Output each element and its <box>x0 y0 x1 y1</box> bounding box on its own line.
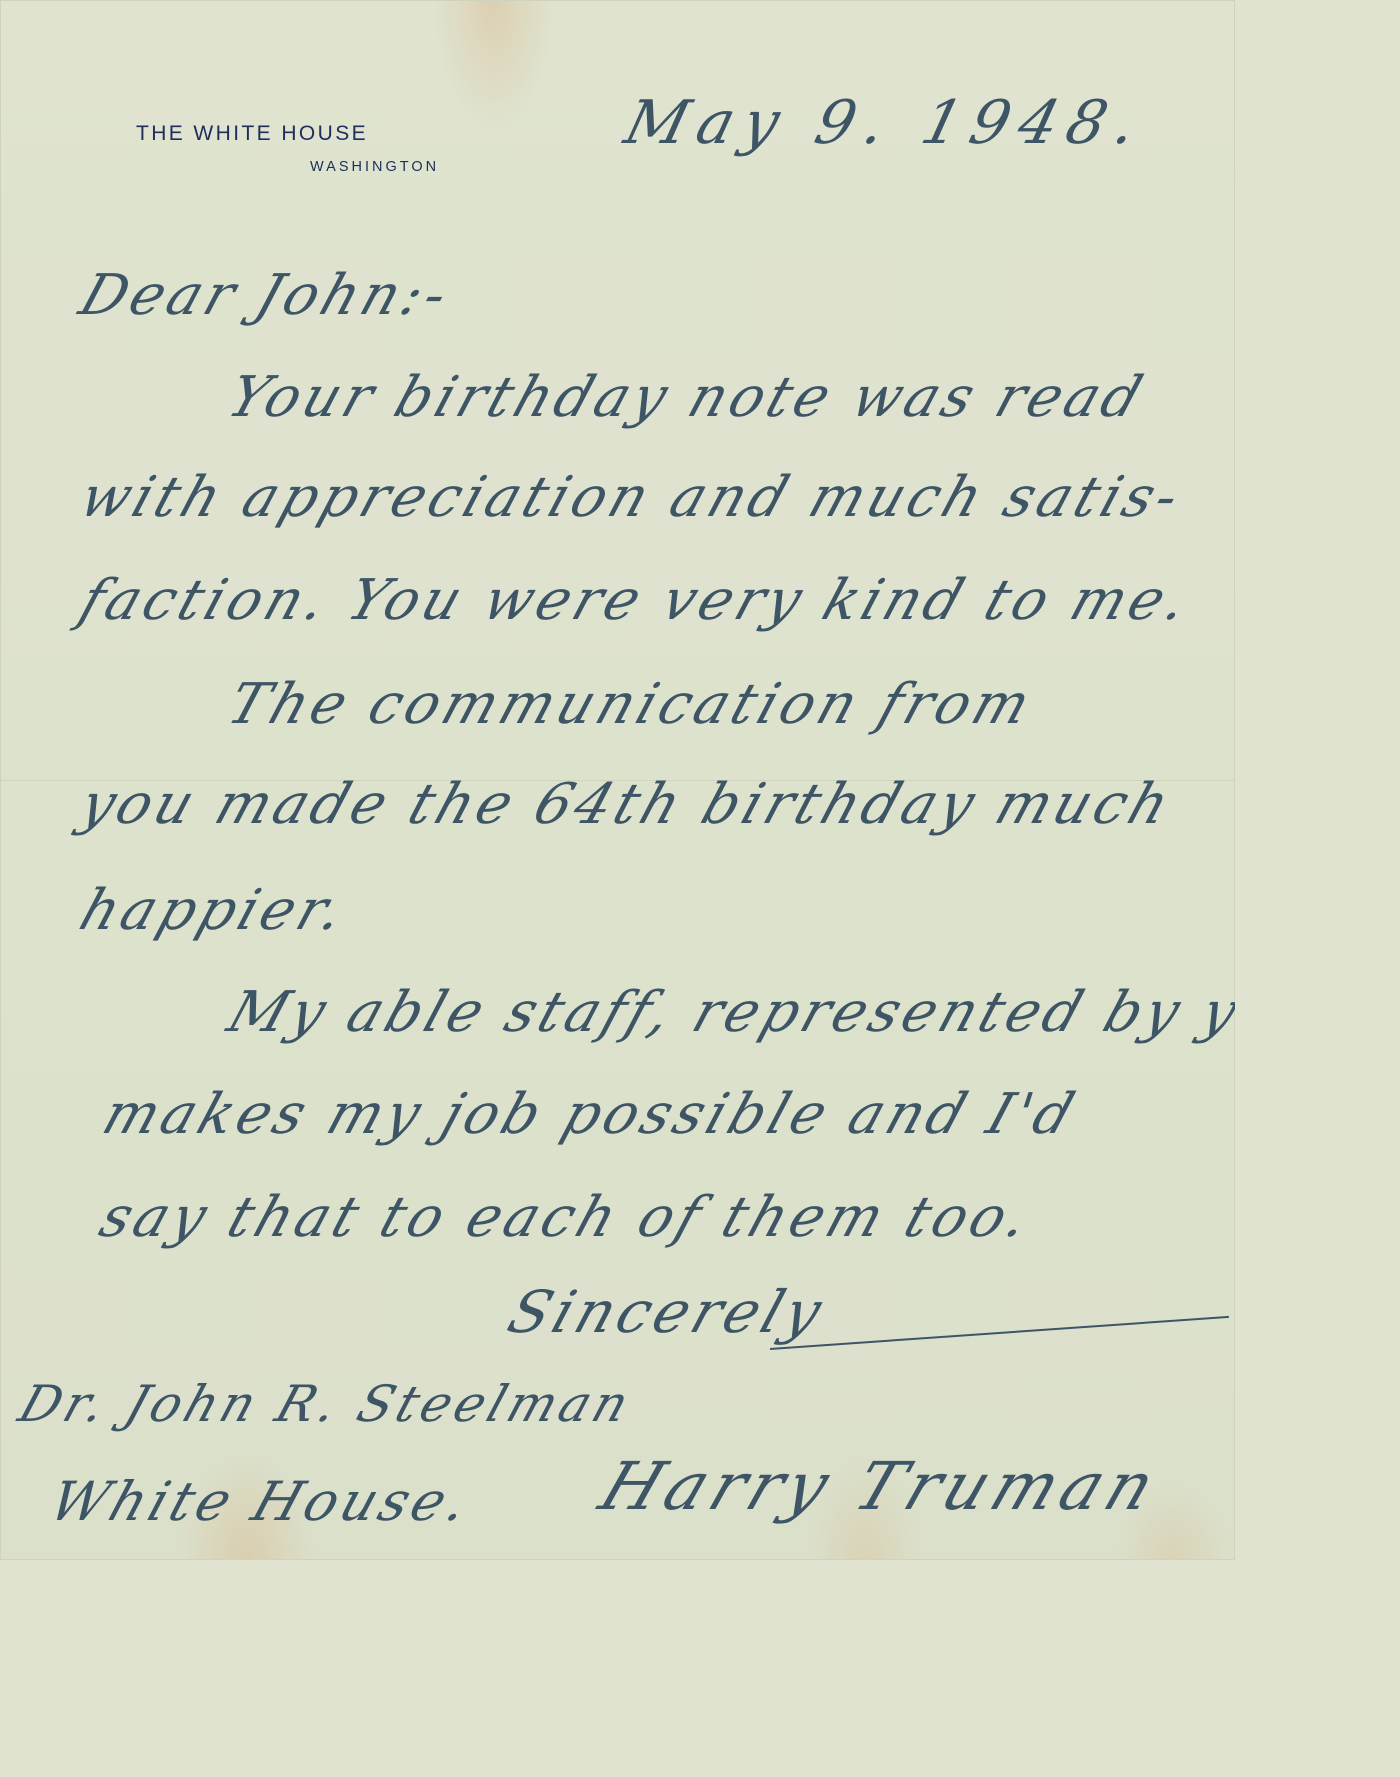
body-line-2: with appreciation and much satis- <box>72 465 1191 530</box>
letterhead-title: THE WHITE HOUSE <box>136 122 481 146</box>
body-line-8: makes my job possible and I'd <box>95 1082 1086 1147</box>
body-line-5: you made the 64th birthday much <box>72 772 1181 837</box>
closing: Sincerely <box>500 1278 834 1346</box>
body-line-6: happier. <box>72 878 356 943</box>
letter-date: May 9. 1948. <box>618 88 1154 158</box>
salutation: Dear John:- <box>72 263 459 328</box>
signature: Harry Truman <box>590 1448 1171 1525</box>
signature-flourish <box>770 1316 1229 1350</box>
letterhead: THE WHITE HOUSE WASHINGTON <box>136 122 481 175</box>
body-line-4: The communication from <box>220 672 1042 737</box>
body-line-1: Your birthday note was read <box>220 365 1154 430</box>
body-line-3: faction. You were very kind to me. <box>72 568 1199 633</box>
letter-page: THE WHITE HOUSE WASHINGTON May 9. 1948. … <box>0 0 1235 1560</box>
body-line-7: My able staff, represented by you <box>220 980 1235 1045</box>
letterhead-city: WASHINGTON <box>310 159 481 175</box>
recipient-name: Dr. John R. Steelman <box>12 1375 640 1433</box>
recipient-address: White House. <box>42 1470 480 1533</box>
body-line-9: say that to each of them too. <box>92 1185 1040 1250</box>
